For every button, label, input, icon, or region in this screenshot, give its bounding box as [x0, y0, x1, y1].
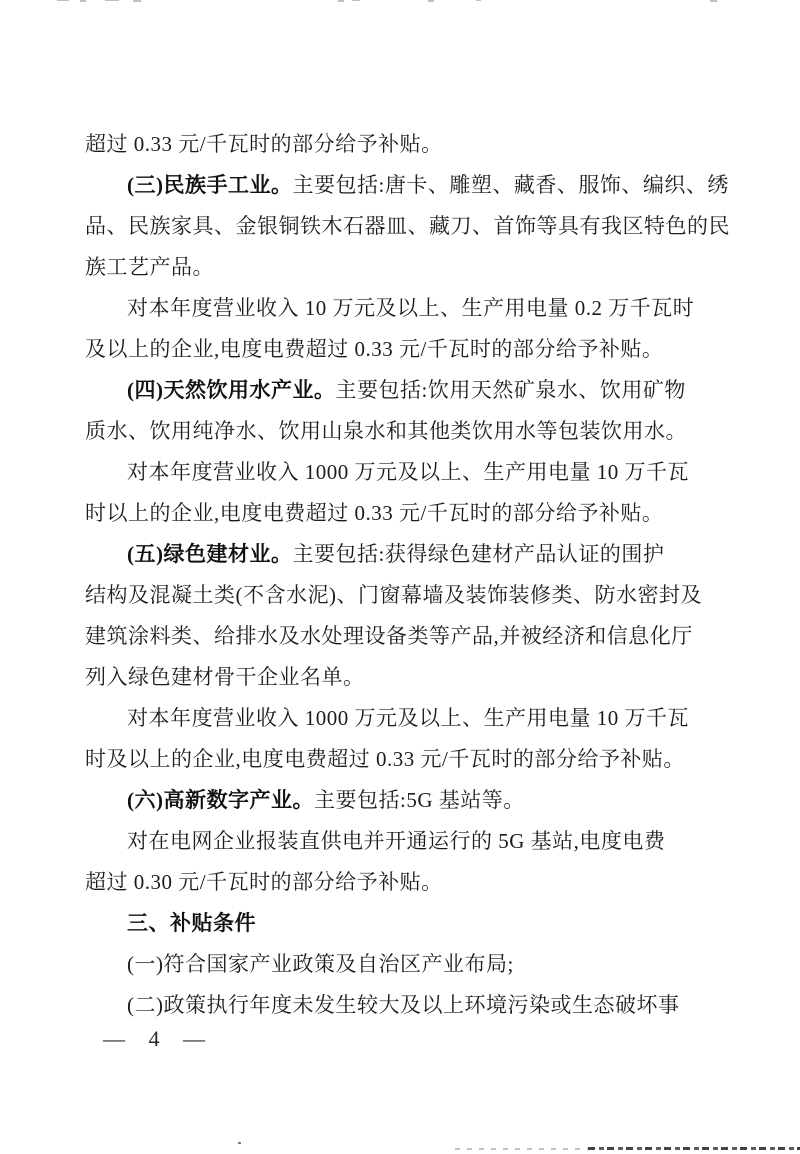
- scan-speck: [57, 0, 69, 1]
- body-text: 时及以上的企业,电度电费超过 0.33 元/千瓦时的部分给予补贴。: [85, 747, 685, 771]
- text-line: 超过 0.33 元/千瓦时的部分给予补贴。: [85, 124, 721, 165]
- body-text: 对本年度营业收入 1000 万元及以上、生产用电量 10 万千瓦: [127, 460, 689, 484]
- body-text: 结构及混凝土类(不含水泥)、门窗幕墙及装饰装修类、防水密封及: [85, 583, 702, 607]
- body-text: (二)政策执行年度未发生较大及以上环境污染或生态破坏事: [127, 993, 679, 1017]
- body-text: 建筑涂料类、给排水及水处理设备类等产品,并被经济和信息化厅: [85, 624, 693, 648]
- text-line: (三)民族手工业。主要包括:唐卡、雕塑、藏香、服饰、编织、绣: [85, 165, 721, 206]
- body-text: 主要包括:获得绿色建材产品认证的围护: [293, 542, 665, 566]
- body-text: 主要包括:唐卡、雕塑、藏香、服饰、编织、绣: [293, 173, 729, 197]
- text-line: 对本年度营业收入 10 万元及以上、生产用电量 0.2 万千瓦时: [85, 288, 721, 329]
- body-text: 主要包括:饮用天然矿泉水、饮用矿物: [336, 378, 686, 402]
- body-text: 质水、饮用纯净水、饮用山泉水和其他类饮用水等包装饮用水。: [85, 419, 687, 443]
- text-line: 超过 0.30 元/千瓦时的部分给予补贴。: [85, 862, 721, 903]
- body-text: (一)符合国家产业政策及自治区产业布局;: [127, 952, 514, 976]
- body-text: 对本年度营业收入 1000 万元及以上、生产用电量 10 万千瓦: [127, 706, 689, 730]
- text-line: 品、民族家具、金银铜铁木石器皿、藏刀、首饰等具有我区特色的民: [85, 206, 721, 247]
- section-heading-text: 三、补贴条件: [127, 911, 256, 935]
- body-text: 时以上的企业,电度电费超过 0.33 元/千瓦时的部分给予补贴。: [85, 501, 663, 525]
- page-number: — 4 —: [103, 1026, 206, 1052]
- text-line: (一)符合国家产业政策及自治区产业布局;: [85, 944, 721, 985]
- document-body: 超过 0.33 元/千瓦时的部分给予补贴。(三)民族手工业。主要包括:唐卡、雕塑…: [85, 124, 721, 1026]
- text-line: 时及以上的企业,电度电费超过 0.33 元/千瓦时的部分给予补贴。: [85, 739, 721, 780]
- text-line: 三、补贴条件: [85, 903, 721, 944]
- text-line: 列入绿色建材骨干企业名单。: [85, 657, 721, 698]
- body-text: 超过 0.30 元/千瓦时的部分给予补贴。: [85, 870, 443, 894]
- text-line: (四)天然饮用水产业。主要包括:饮用天然矿泉水、饮用矿物: [85, 370, 721, 411]
- text-line: (二)政策执行年度未发生较大及以上环境污染或生态破坏事: [85, 985, 721, 1026]
- body-text: 族工艺产品。: [85, 255, 214, 279]
- section-heading-text: (四)天然饮用水产业。: [127, 378, 336, 402]
- scan-artifact-bottom: [588, 1147, 800, 1150]
- text-line: 建筑涂料类、给排水及水处理设备类等产品,并被经济和信息化厅: [85, 616, 721, 657]
- scan-speck: [105, 0, 119, 1]
- text-line: 对本年度营业收入 1000 万元及以上、生产用电量 10 万千瓦: [85, 452, 721, 493]
- text-line: 结构及混凝土类(不含水泥)、门窗幕墙及装饰装修类、防水密封及: [85, 575, 721, 616]
- text-line: 对本年度营业收入 1000 万元及以上、生产用电量 10 万千瓦: [85, 698, 721, 739]
- body-text: 超过 0.33 元/千瓦时的部分给予补贴。: [85, 132, 443, 156]
- body-text: 主要包括:5G 基站等。: [314, 788, 525, 812]
- text-line: (五)绿色建材业。主要包括:获得绿色建材产品认证的围护: [85, 534, 721, 575]
- body-text: 及以上的企业,电度电费超过 0.33 元/千瓦时的部分给予补贴。: [85, 337, 663, 361]
- document-page: 超过 0.33 元/千瓦时的部分给予补贴。(三)民族手工业。主要包括:唐卡、雕塑…: [0, 0, 800, 1154]
- body-text: 品、民族家具、金银铜铁木石器皿、藏刀、首饰等具有我区特色的民: [85, 214, 730, 238]
- scan-speck: [238, 1142, 241, 1144]
- scan-speck: [133, 0, 141, 2]
- scan-speck: [338, 0, 344, 2]
- body-text: 对本年度营业收入 10 万元及以上、生产用电量 0.2 万千瓦时: [127, 296, 694, 320]
- text-line: 时以上的企业,电度电费超过 0.33 元/千瓦时的部分给予补贴。: [85, 493, 721, 534]
- scan-speck: [80, 0, 86, 2]
- body-text: 对在电网企业报装直供电并开通运行的 5G 基站,电度电费: [127, 829, 665, 853]
- text-line: 对在电网企业报装直供电并开通运行的 5G 基站,电度电费: [85, 821, 721, 862]
- section-heading-text: (六)高新数字产业。: [127, 788, 314, 812]
- scan-speck: [352, 0, 360, 1]
- scan-speck: [710, 0, 717, 2]
- scan-speck: [428, 0, 434, 2]
- text-line: (六)高新数字产业。主要包括:5G 基站等。: [85, 780, 721, 821]
- scan-artifact-bottom-light: [455, 1148, 588, 1150]
- text-line: 及以上的企业,电度电费超过 0.33 元/千瓦时的部分给予补贴。: [85, 329, 721, 370]
- scan-speck: [476, 0, 481, 1]
- section-heading-text: (三)民族手工业。: [127, 173, 293, 197]
- text-line: 质水、饮用纯净水、饮用山泉水和其他类饮用水等包装饮用水。: [85, 411, 721, 452]
- text-line: 族工艺产品。: [85, 247, 721, 288]
- body-text: 列入绿色建材骨干企业名单。: [85, 665, 365, 689]
- section-heading-text: (五)绿色建材业。: [127, 542, 293, 566]
